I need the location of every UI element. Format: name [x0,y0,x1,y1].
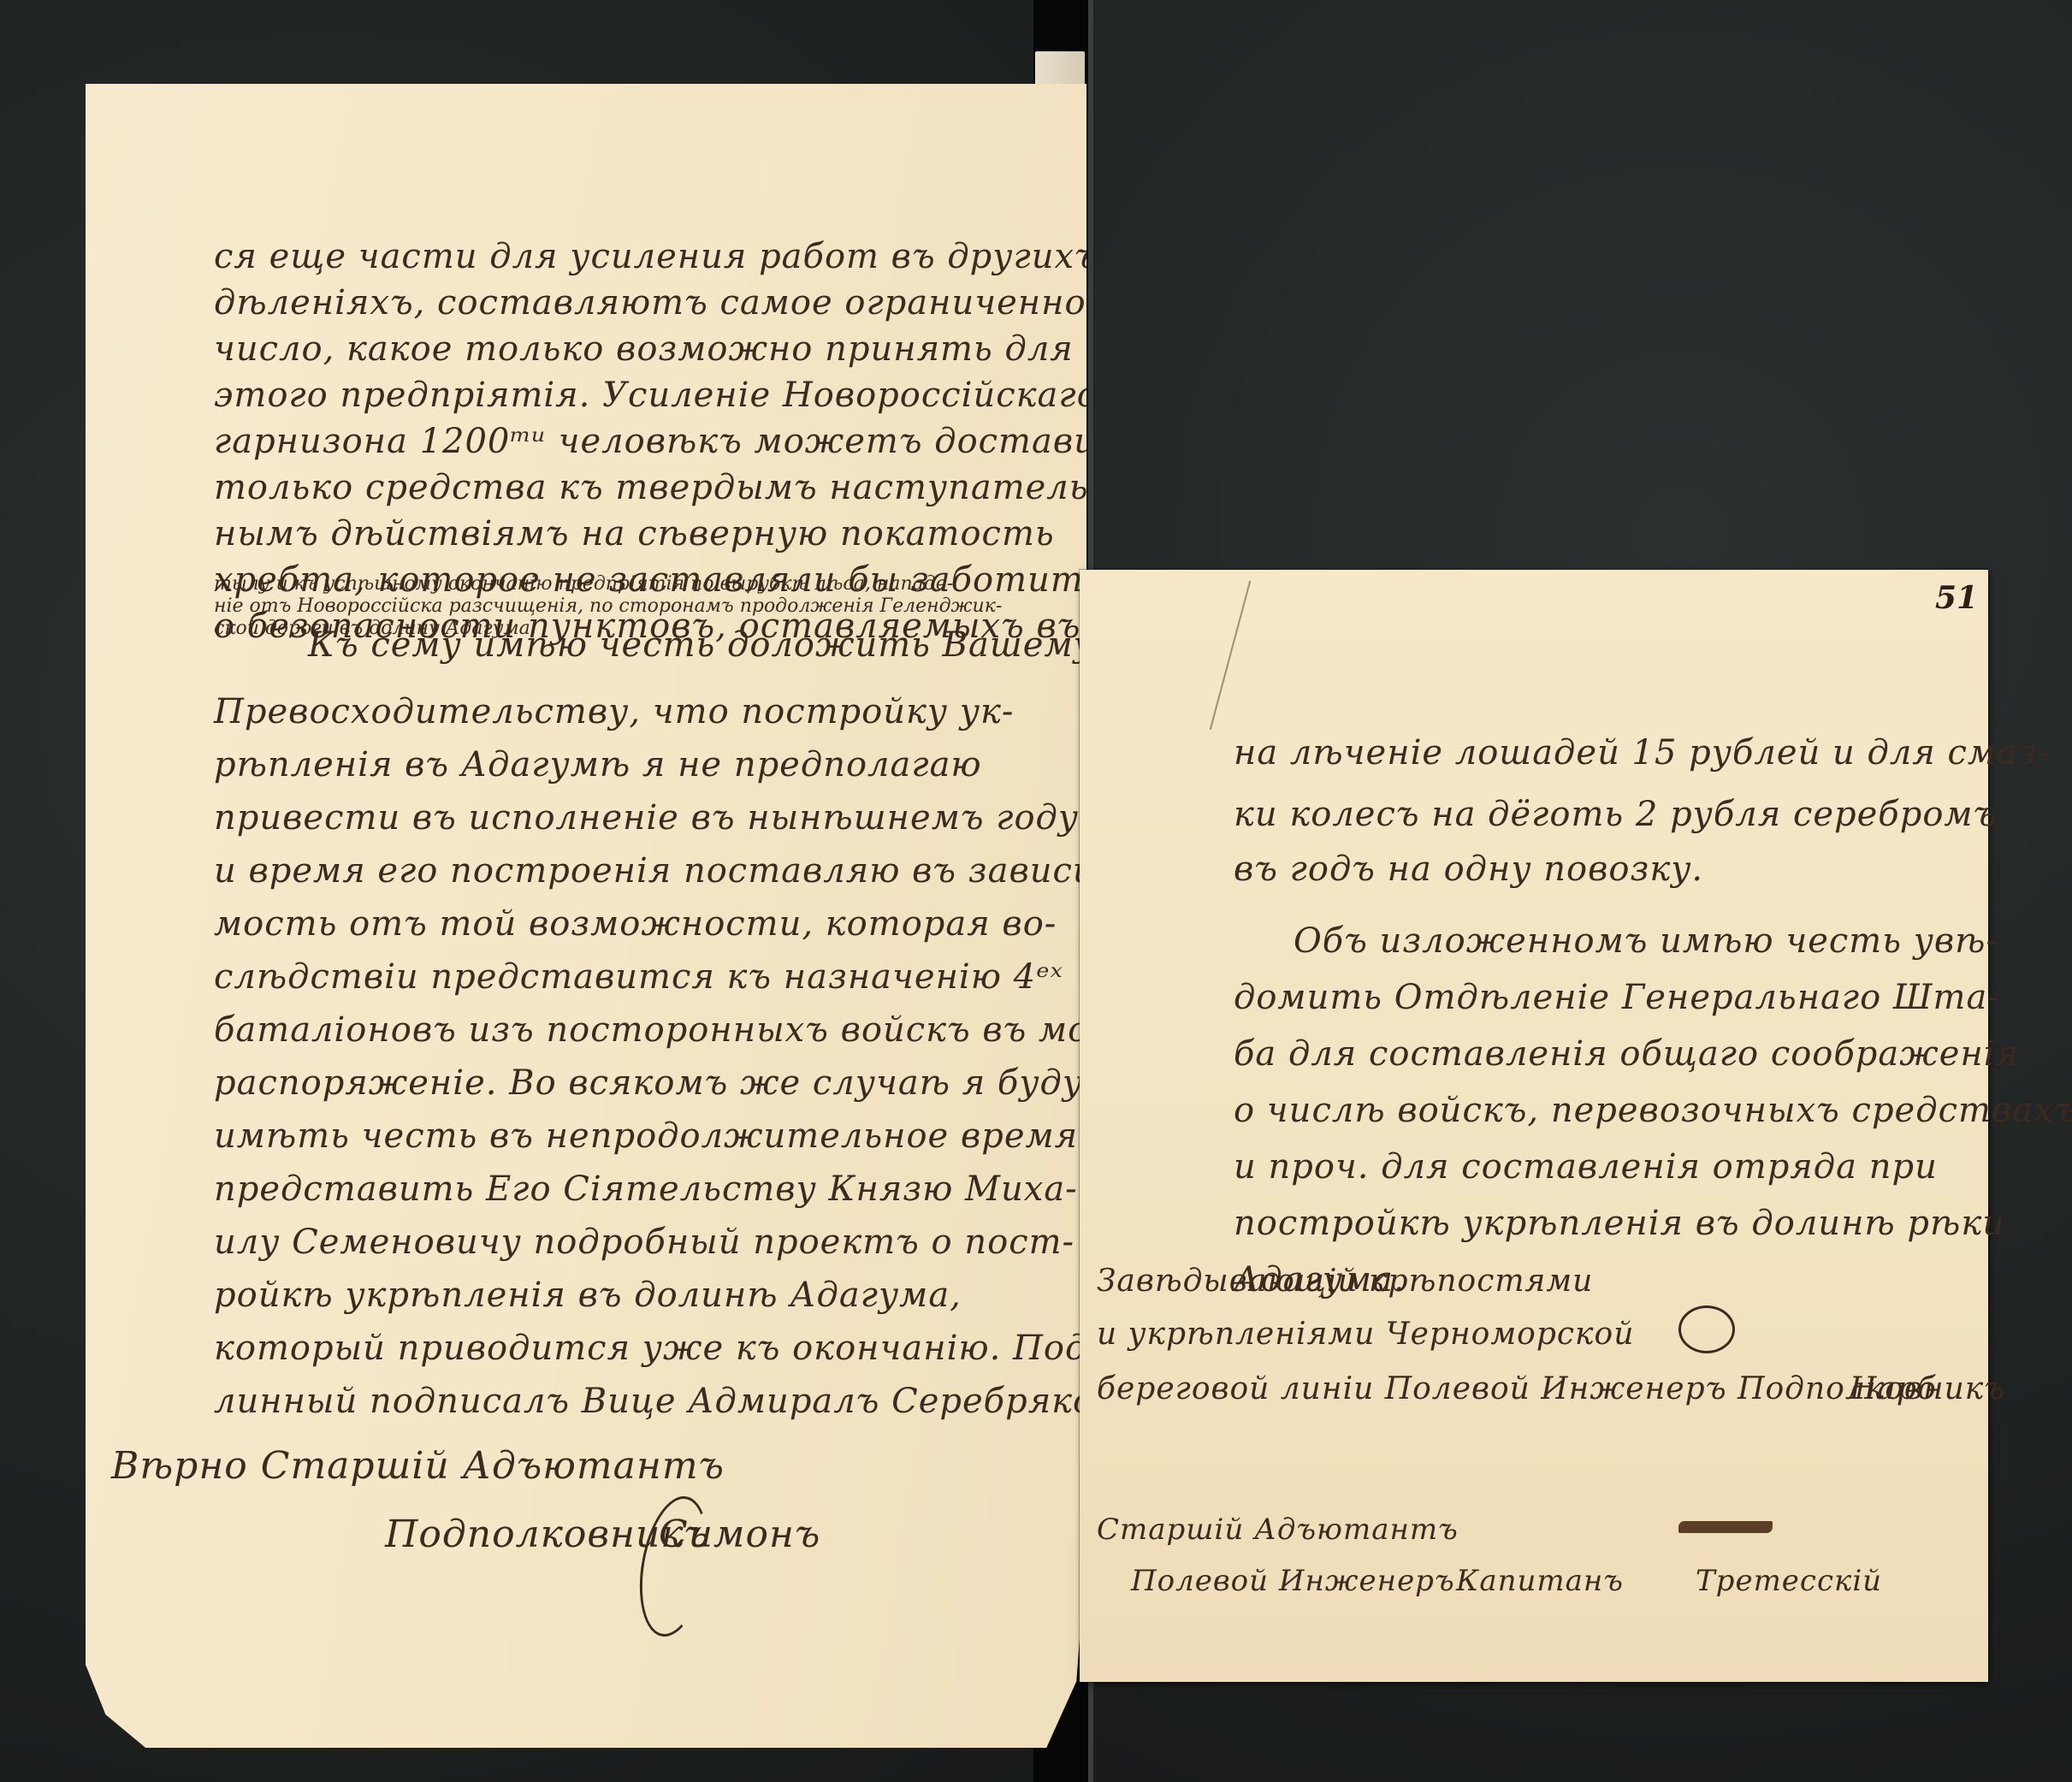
insert-line: тылу и къ успѣшному окончанію предпріяті… [214,573,953,595]
body-line: дѣленіяхъ, составляютъ самое ограниченно… [214,282,1107,323]
body-line: ройкѣ укрѣпленія въ долинѣ Адагума, [214,1275,962,1316]
signature-block-line: Завѣдывающій крѣпостями [1097,1261,1593,1302]
body-line: число, какое только возможно принять для [214,329,1074,370]
paragraph-line: постройкѣ укрѣпленія въ долинѣ рѣки [1234,1203,2005,1244]
body-line: и время его построенія поставляю въ зави… [214,850,1108,891]
body-line: баталіоновъ изъ посторонныхъ войскъ въ м… [214,1009,1110,1051]
signature: Третесскій [1696,1560,1882,1601]
left-manuscript-page: ся еще части для усиления работ въ други… [86,84,1086,1748]
body-line: ся еще части для усиления работ въ други… [214,236,1185,277]
body-line: представить Его Сіятельству Князю Миха- [214,1169,1078,1210]
paragraph-line: о числѣ войскъ, перевозочныхъ средствахъ [1234,1090,2072,1131]
body-line: Превосходительству, что постройку ук- [214,691,1014,732]
signature: Нарб [1850,1369,1937,1410]
body-line: илу Семеновичу подробный проектъ о пост- [214,1222,1074,1263]
body-line: слѣдствіи представится къ назначенію 4ᵉˣ [214,956,1063,998]
body-line: имѣть честь въ непродолжительное время [214,1116,1078,1157]
body-line: ки колесъ на дёготь 2 рубля серебромъ [1234,794,1997,835]
body-line: мость отъ той возможности, которая во- [214,903,1057,944]
signature-flourish [1678,1305,1735,1353]
body-line: привести въ исполненіе въ нынѣшнемъ году [214,797,1079,838]
attestation-rank: Капитанъ [1456,1560,1624,1601]
signature-underline-stroke [1678,1521,1773,1533]
signature-block-line: и укрѣпленіями Черноморской [1097,1314,1634,1355]
body-line: распоряженіе. Во всякомъ же случаѣ я буд… [214,1063,1083,1104]
paragraph-line: и проч. для составленія отряда при [1234,1146,1938,1187]
body-line: этого предпріятія. Усиленіе Новороссійск… [214,375,1098,416]
paragraph-line: домить Отдѣленіе Генеральнаго Шта- [1234,977,2000,1018]
body-line: въ годъ на одну повозку. [1234,849,1703,890]
body-line: рѣпленія въ Адагумѣ я не предполагаю [214,744,982,785]
attestation-line: Старшій Адъютантъ [1097,1509,1459,1550]
body-line: Къ сему имѣю честь доложить Вашему [308,625,1094,666]
attestation-line: Вѣрно Старшій Адъютантъ [111,1446,725,1487]
body-line: линный подписалъ Вице Адмиралъ Серебряко… [214,1381,1139,1422]
body-line: только средства къ твердымъ наступатель- [214,467,1101,508]
paragraph-line: ба для составленія общаго соображенія [1234,1033,2019,1075]
right-manuscript-page: 51 на лѣченіе лошадей 15 рублей и для см… [1080,570,1988,1682]
pencil-mark [1210,581,1252,730]
attestation-line: Полевой Инженеръ [1131,1560,1455,1601]
paragraph-line: Объ изложенномъ имѣю честь увѣ- [1294,921,1998,962]
body-line: гарнизона 1200ᵐᵘ человѣкъ можетъ достави… [214,421,1150,462]
folio-number: 51 [1935,580,1978,616]
body-line: который приводится уже къ окончанію. Под… [214,1328,1100,1369]
insert-line: ніе отъ Новороссійска разсчищенія, по ст… [214,595,1002,618]
body-line: нымъ дѣйствіямъ на сѣверную покатость [214,513,1055,554]
body-line: на лѣченіе лошадей 15 рублей и для смаз- [1234,732,2050,773]
